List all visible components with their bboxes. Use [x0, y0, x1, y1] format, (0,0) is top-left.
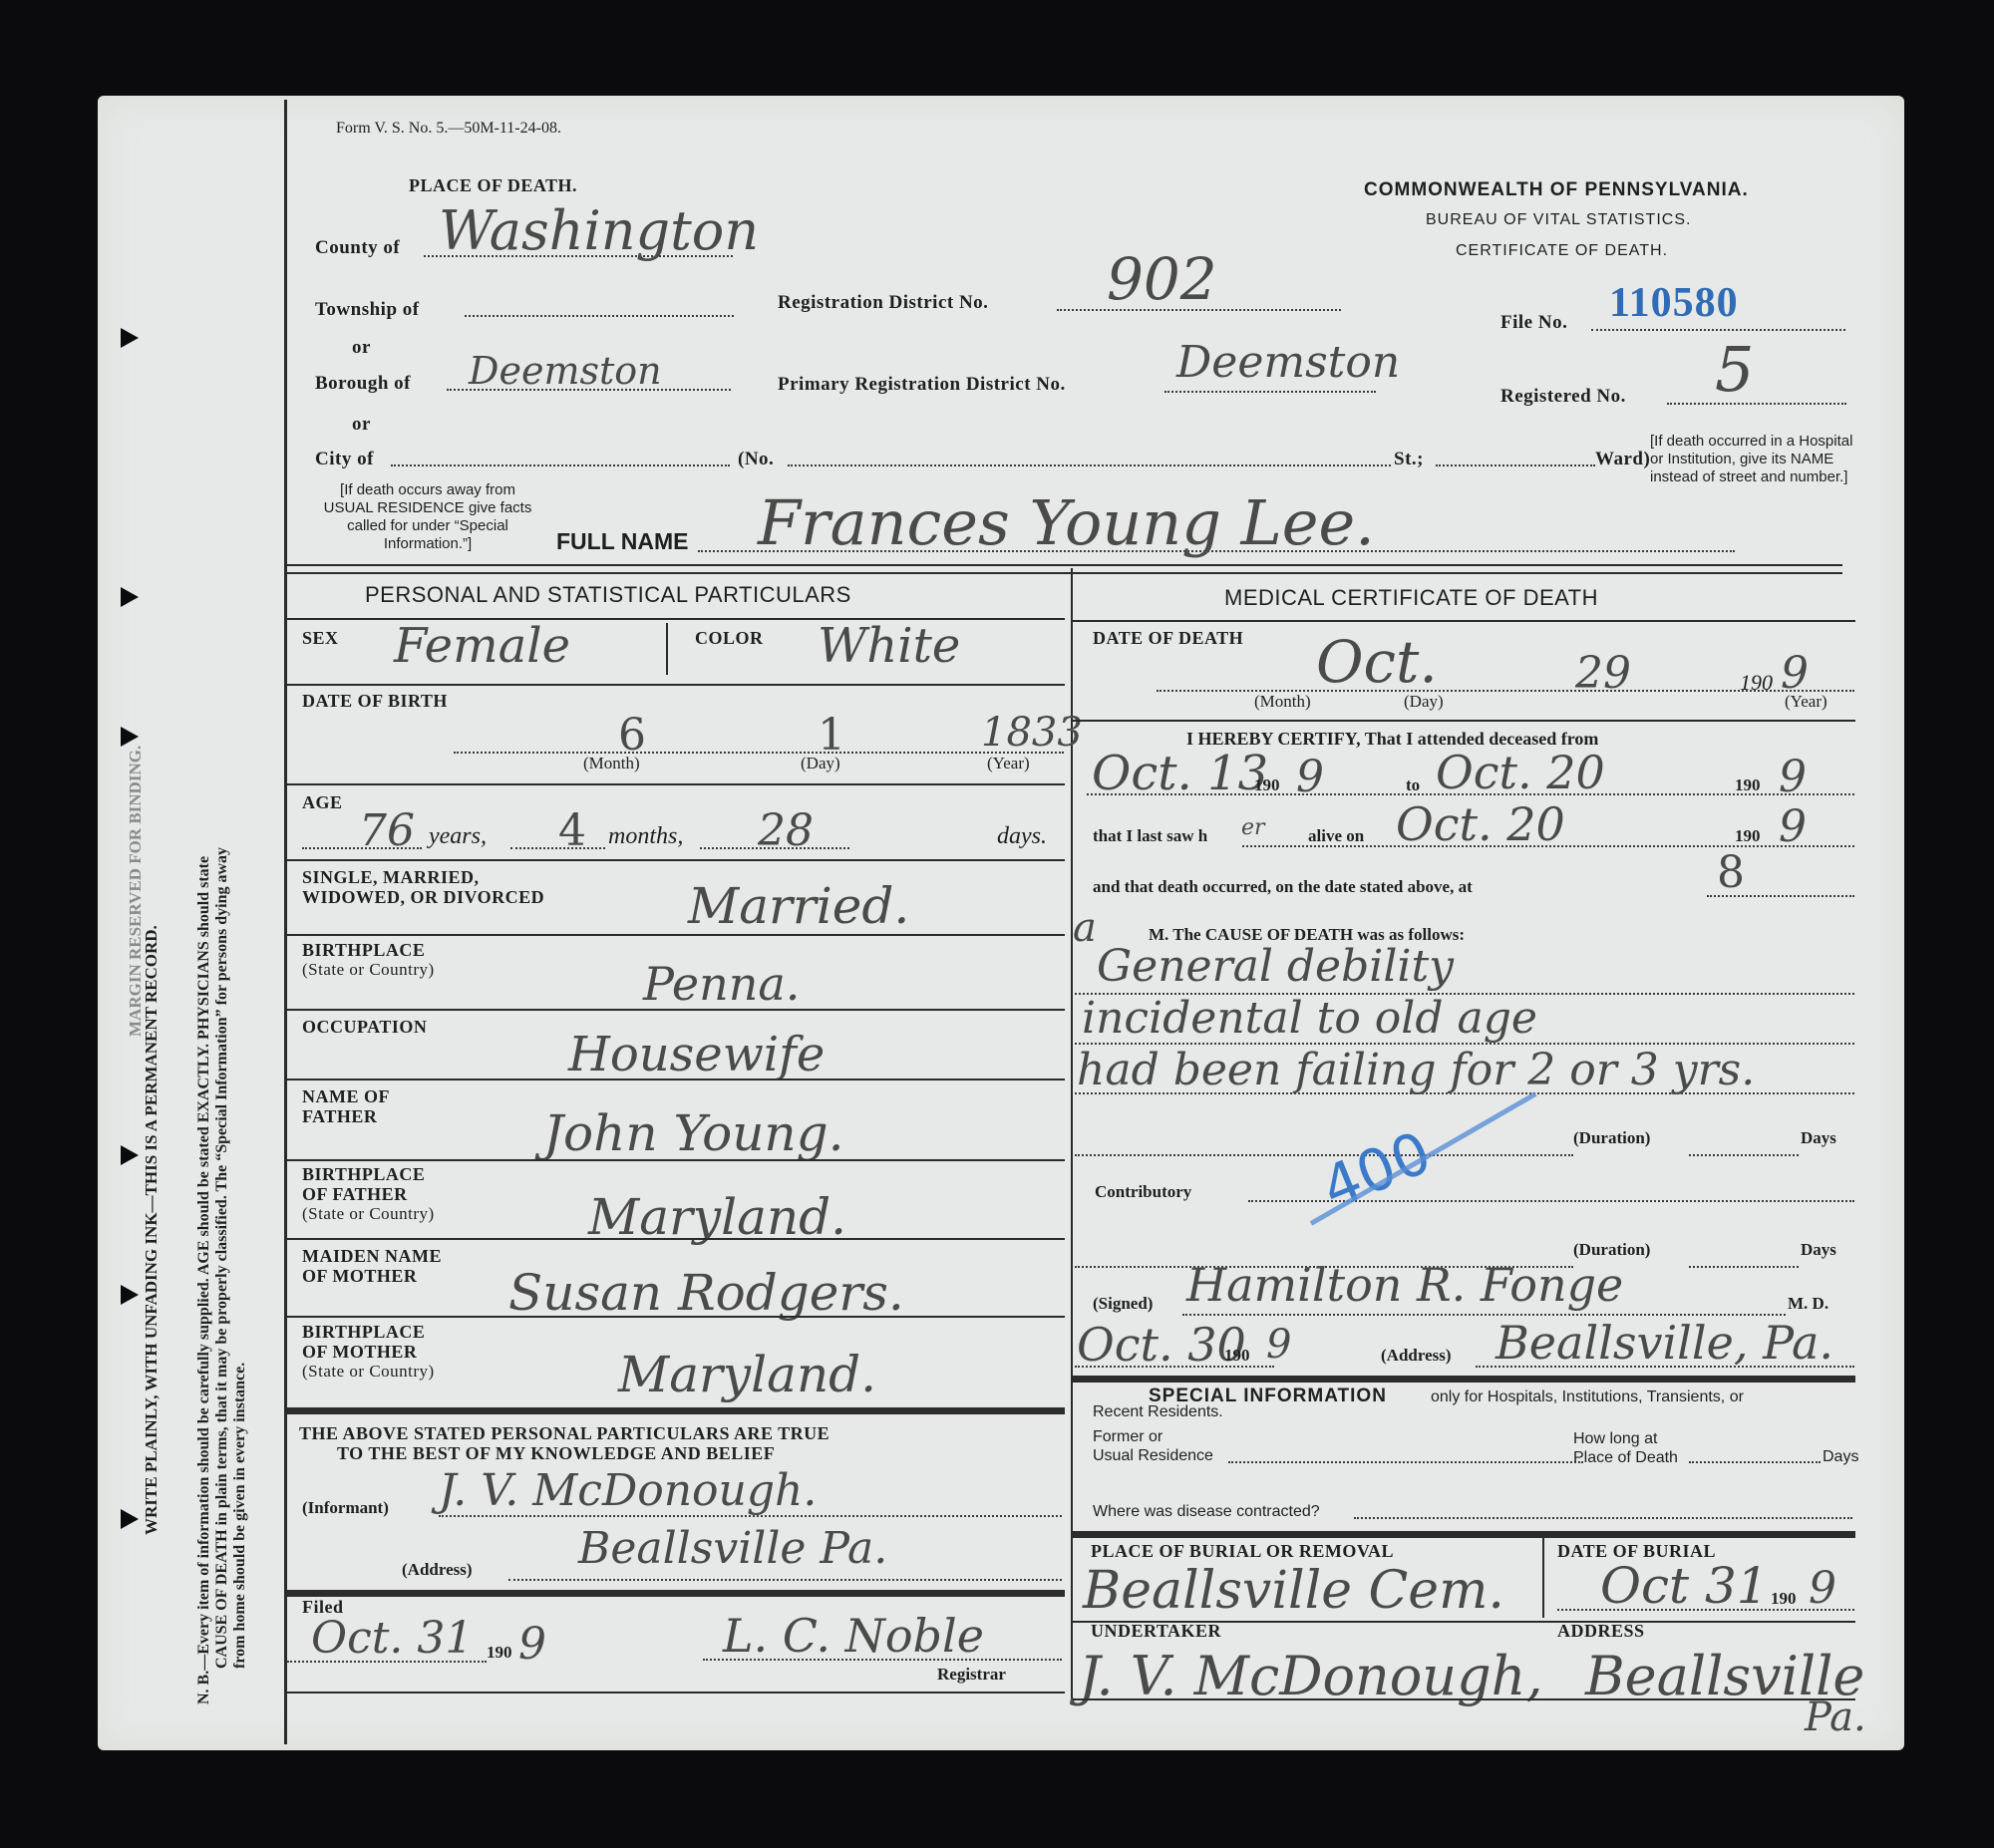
dod-month-caption: (Month) [1254, 692, 1311, 712]
occupation-label: OCCUPATION [302, 1017, 427, 1038]
divider [287, 934, 1065, 936]
marital-label-2: WIDOWED, OR DIVORCED [302, 887, 544, 907]
sex-label: SEX [302, 628, 339, 649]
informant-value: J. V. McDonough. [439, 1465, 817, 1516]
county-label: County of [315, 237, 400, 259]
mother-bp-label-1: BIRTHPLACE [302, 1322, 435, 1342]
age-days: 28 [758, 805, 814, 856]
township-line [465, 315, 734, 317]
divider [287, 564, 1842, 566]
marital-label: SINGLE, MARRIED, WIDOWED, OR DIVORCED [302, 867, 544, 907]
last-saw-label: that I last saw h [1093, 826, 1207, 846]
duration-label-1: (Duration) [1573, 1128, 1650, 1148]
informant-address-label: (Address) [402, 1560, 473, 1580]
how-long-2: Place of Death [1573, 1448, 1678, 1467]
mother-bp-caption: (State or Country) [302, 1362, 435, 1382]
nb-line-3: from home should be given in every insta… [231, 847, 249, 1704]
heavy-divider [287, 1590, 1065, 1597]
divider [287, 1238, 1065, 1240]
nb-line-1: N. B.—Every item of information should b… [195, 847, 213, 1704]
binding-notch [121, 1285, 139, 1305]
or-label-2: or [352, 414, 371, 436]
month-caption: (Month) [583, 754, 640, 773]
father-bp-label-2: OF FATHER [302, 1184, 435, 1204]
divider [287, 1692, 1065, 1694]
divider [1073, 1698, 1855, 1700]
form-number: Form V. S. No. 5.—50M-11-24-08. [336, 120, 561, 138]
or-label: or [352, 337, 371, 359]
days-label-1: Days [1801, 1128, 1836, 1148]
last-saw-pronoun: er [1241, 815, 1265, 840]
last-saw-date: Oct. 20 [1396, 797, 1565, 851]
signed-year-prefix: 190 [1224, 1346, 1250, 1366]
informant-address-value: Beallsville Pa. [578, 1523, 887, 1574]
contributory-label: Contributory [1095, 1182, 1191, 1202]
filed-year-prefix: 190 [487, 1643, 512, 1663]
day-caption: (Day) [801, 754, 840, 773]
age-label: AGE [302, 792, 343, 813]
birthplace-label: BIRTHPLACE (State or Country) [302, 940, 435, 980]
attended-from: Oct. 13 [1092, 746, 1268, 801]
binding-notch [121, 727, 139, 747]
color-value: White [818, 618, 960, 674]
nb-line-2: CAUSE OF DEATH in plain terms, that it m… [213, 847, 231, 1704]
registered-no-value: 5 [1715, 333, 1754, 406]
registration-district-value: 902 [1107, 245, 1217, 313]
divider [287, 859, 1065, 861]
heavy-divider [1073, 1531, 1855, 1538]
former-label-1: Former or [1093, 1427, 1213, 1446]
how-long-days: Days [1823, 1448, 1858, 1466]
attest-line-2: TO THE BEST OF MY KNOWLEDGE AND BELIEF [299, 1443, 830, 1463]
year-caption: (Year) [987, 754, 1030, 773]
filed-date: Oct. 31 [311, 1613, 473, 1664]
burial-place-label: PLACE OF BURIAL OR REMOVAL [1091, 1541, 1394, 1562]
residence-note: [If death occurs away from USUAL RESIDEN… [313, 481, 542, 553]
age-months: 4 [558, 805, 586, 856]
dod-year-prefix: 190 [1740, 670, 1773, 696]
borough-label: Borough of [315, 373, 411, 395]
header-bureau: BUREAU OF VITAL STATISTICS. [1426, 211, 1691, 229]
father-label-2: FATHER [302, 1106, 390, 1126]
sex-color-divider [666, 623, 668, 675]
duration-days-line-2 [1689, 1266, 1799, 1268]
former-residence-label: Former or Usual Residence [1093, 1427, 1213, 1465]
divider [287, 1078, 1065, 1080]
cause-value-1: General debility [1097, 941, 1454, 992]
county-value: Washington [439, 199, 759, 262]
township-label: Township of [315, 299, 420, 321]
mother-birthplace-label: BIRTHPLACE OF MOTHER (State or Country) [302, 1322, 435, 1382]
primary-district-line [1164, 391, 1376, 393]
mother-label: MAIDEN NAME OF MOTHER [302, 1246, 442, 1286]
am-value: a [1073, 905, 1097, 951]
divider [287, 572, 1842, 574]
physician-address-value: Beallsville, Pa. [1495, 1316, 1833, 1370]
father-label-1: NAME OF [302, 1086, 390, 1106]
medical-section-title: MEDICAL CERTIFICATE OF DEATH [1224, 585, 1598, 611]
cause-value-2: incidental to old age [1082, 993, 1537, 1044]
dob-line [454, 752, 1064, 754]
undertaker-label: UNDERTAKER [1091, 1621, 1221, 1642]
header-certificate: CERTIFICATE OF DEATH. [1456, 242, 1668, 260]
full-name-value: Frances Young Lee. [758, 486, 1375, 559]
attended-from-year: 9 [1296, 752, 1324, 802]
primary-district-value: Deemston [1176, 337, 1400, 388]
sex-value: Female [394, 618, 570, 674]
street-no-label: (No. [738, 449, 774, 470]
last-saw-year: 9 [1779, 801, 1807, 852]
informant-address-line [508, 1579, 1062, 1581]
dob-label: DATE OF BIRTH [302, 691, 448, 712]
signed-year: 9 [1266, 1322, 1291, 1368]
special-info-text-2: Recent Residents. [1093, 1403, 1223, 1421]
binding-notch [121, 1145, 139, 1165]
attended-to-year-prefix: 190 [1735, 775, 1761, 795]
city-line [391, 464, 730, 466]
father-value: John Young. [543, 1104, 844, 1162]
cause-value-3: had been failing for 2 or 3 yrs. [1077, 1045, 1755, 1095]
father-bp-caption: (State or Country) [302, 1204, 435, 1224]
attended-from-year-prefix: 190 [1254, 775, 1280, 795]
months-word: months, [608, 823, 683, 850]
former-label-2: Usual Residence [1093, 1446, 1213, 1465]
color-label: COLOR [695, 628, 764, 649]
to-label: to [1406, 775, 1420, 795]
margin-write-plainly: WRITE PLAINLY, WITH UNFADING INK—THIS IS… [142, 925, 162, 1535]
attest-line-1: THE ABOVE STATED PERSONAL PARTICULARS AR… [299, 1423, 830, 1443]
dod-month: Oct. [1316, 628, 1438, 696]
burial-year: 9 [1809, 1563, 1836, 1614]
registered-no-line [1667, 403, 1846, 405]
dod-day: 29 [1575, 648, 1631, 699]
file-no-stamp: 110580 [1609, 279, 1739, 327]
signed-value: Hamilton R. Fonge [1186, 1258, 1623, 1312]
dob-year: 1833 [981, 710, 1083, 756]
ward-line [1436, 464, 1595, 466]
registered-no-label: Registered No. [1500, 386, 1626, 408]
md-label: M. D. [1788, 1294, 1828, 1314]
binding-notch [121, 1509, 139, 1529]
dod-year-caption: (Year) [1785, 692, 1828, 712]
full-name-label: FULL NAME [556, 528, 688, 555]
primary-district-label: Primary Registration District No. [778, 374, 1066, 396]
days-label-2: Days [1801, 1240, 1836, 1260]
burial-place-value: Beallsville Cem. [1083, 1561, 1504, 1621]
borough-value: Deemston [469, 349, 662, 393]
binding-notch [121, 328, 139, 348]
mother-birthplace-value: Maryland. [618, 1346, 876, 1403]
burial-year-prefix: 190 [1771, 1589, 1797, 1609]
physician-address-label: (Address) [1381, 1346, 1452, 1366]
how-long-label: How long at Place of Death [1573, 1429, 1678, 1467]
hospital-note: [If death occurred in a Hospital or Inst… [1650, 433, 1854, 486]
heavy-divider [287, 1407, 1065, 1414]
heavy-divider [1073, 1376, 1855, 1383]
divider [287, 1159, 1065, 1161]
street-line [788, 464, 1391, 466]
father-bp-label-1: BIRTHPLACE [302, 1164, 435, 1184]
registrar-label: Registrar [937, 1665, 1006, 1685]
last-saw-year-prefix: 190 [1735, 826, 1761, 846]
file-no-label: File No. [1500, 312, 1567, 334]
st-label: St.; [1394, 449, 1424, 470]
personal-section-title: PERSONAL AND STATISTICAL PARTICULARS [365, 582, 851, 608]
duration-days-line-1 [1689, 1154, 1799, 1156]
alive-on-label: alive on [1308, 826, 1364, 846]
father-label: NAME OF FATHER [302, 1086, 390, 1126]
margin-rule [284, 100, 287, 1744]
marital-label-1: SINGLE, MARRIED, [302, 867, 544, 887]
days-word: days. [997, 823, 1047, 850]
occupation-value: Housewife [568, 1027, 825, 1082]
ward-label: Ward) [1595, 449, 1650, 470]
mother-value: Susan Rodgers. [508, 1264, 904, 1322]
marital-value: Married. [688, 877, 909, 935]
divider [1073, 620, 1855, 622]
attended-to-year: 9 [1779, 752, 1807, 802]
occurred-label: and that death occurred, on the date sta… [1093, 877, 1473, 897]
mother-label-2: OF MOTHER [302, 1266, 442, 1286]
contracted-line [1354, 1517, 1852, 1519]
undertaker-address-state: Pa. [1805, 1694, 1866, 1740]
duration-label-2: (Duration) [1573, 1240, 1650, 1260]
file-no-line [1591, 329, 1845, 331]
how-long-line [1689, 1461, 1821, 1463]
binding-notch [121, 587, 139, 607]
divider [1073, 720, 1855, 722]
divider [287, 783, 1065, 785]
undertaker-address-label: ADDRESS [1557, 1621, 1645, 1642]
attended-to: Oct. 20 [1436, 746, 1605, 799]
dod-day-caption: (Day) [1404, 692, 1444, 712]
margin-nb-note: N. B.—Every item of information should b… [195, 847, 249, 1704]
filed-year: 9 [518, 1619, 546, 1670]
place-of-death-title: PLACE OF DEATH. [409, 175, 577, 196]
former-residence-line [1228, 1461, 1583, 1463]
registration-district-label: Registration District No. [778, 292, 988, 314]
burial-date-value: Oct 31 [1600, 1557, 1769, 1615]
divider [287, 1316, 1065, 1318]
special-info-text: only for Hospitals, Institutions, Transi… [1431, 1388, 1744, 1406]
signed-date: Oct. 30 [1077, 1318, 1246, 1372]
burial-divider [1542, 1538, 1544, 1618]
attestation-text: THE ABOVE STATED PERSONAL PARTICULARS AR… [299, 1423, 830, 1463]
dod-label: DATE OF DEATH [1093, 628, 1243, 649]
father-birthplace-label: BIRTHPLACE OF FATHER (State or Country) [302, 1164, 435, 1224]
mother-label-1: MAIDEN NAME [302, 1246, 442, 1266]
registrar-signature: L. C. Noble [723, 1609, 984, 1663]
signed-label: (Signed) [1093, 1294, 1153, 1314]
age-years: 76 [359, 805, 415, 856]
occurred-time: 8 [1717, 847, 1745, 898]
header-commonwealth: COMMONWEALTH OF PENNSYLVANIA. [1364, 179, 1749, 201]
birthplace-value: Penna. [643, 957, 800, 1011]
informant-label: (Informant) [302, 1498, 389, 1518]
divider [287, 1009, 1065, 1011]
city-label: City of [315, 449, 374, 470]
years-word: years, [429, 823, 487, 850]
divider [287, 684, 1065, 686]
mother-bp-label-2: OF MOTHER [302, 1342, 435, 1362]
contracted-label: Where was disease contracted? [1093, 1503, 1320, 1521]
birthplace-label-1: BIRTHPLACE [302, 940, 435, 960]
how-long-1: How long at [1573, 1429, 1678, 1448]
birthplace-caption: (State or Country) [302, 960, 435, 980]
